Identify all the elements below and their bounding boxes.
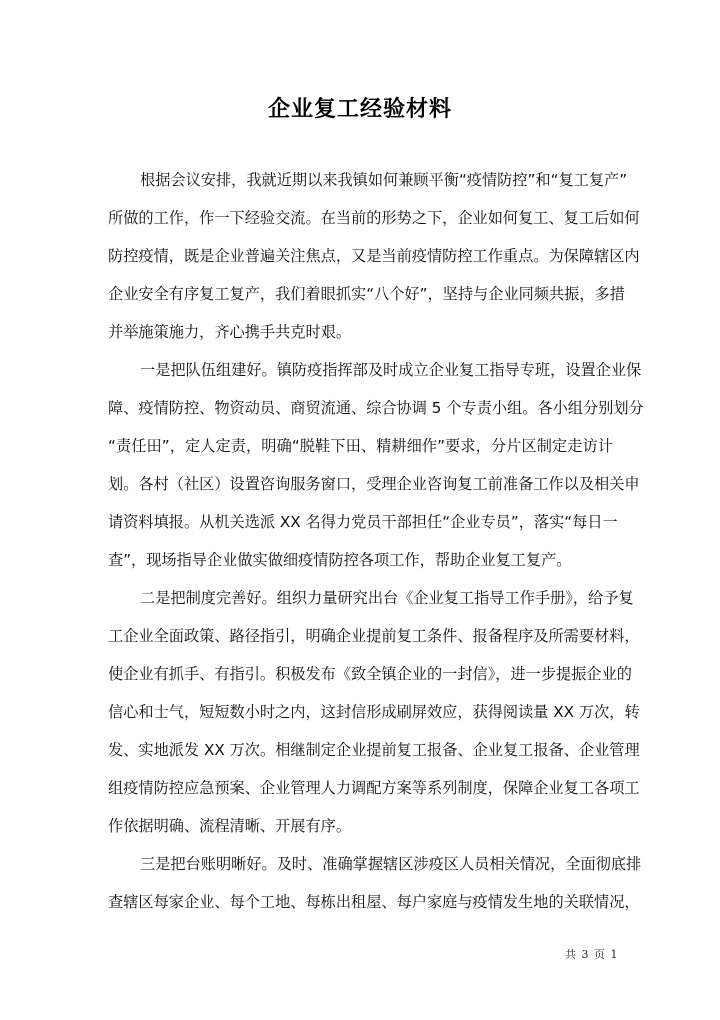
text-line: 划。各村（社区）设置咨询服务窗口，受理企业咨询复工前准备工作以及相关申 — [108, 471, 613, 509]
text-line: 作依据明确、流程清晰、开展有序。 — [108, 813, 613, 851]
text-line: 二是把制度完善好。组织力量研究出台《企业复工指导工作手册》，给予复 — [108, 585, 613, 623]
paragraph-team: 一是把队伍组建好。镇防疫指挥部及时成立企业复工指导专班，设置企业保 障、疫情防控… — [108, 357, 613, 585]
text-line: 防控疫情，既是企业普遍关注焦点，又是当前疫情防控工作重点。为保障辖区内 — [108, 243, 613, 281]
paragraph-intro: 根据会议安排，我就近期以来我镇如何兼顾平衡“疫情防控”和“复工复产” 所做的工作… — [108, 167, 613, 357]
paragraph-ledger: 三是把台账明晰好。及时、准确掌握辖区涉疫区人员相关情况，全面彻底排 查辖区每家企… — [108, 851, 613, 927]
document-body: 根据会议安排，我就近期以来我镇如何兼顾平衡“疫情防控”和“复工复产” 所做的工作… — [108, 167, 613, 927]
text-line: 所做的工作，作一下经验交流。在当前的形势之下，企业如何复工、复工后如何 — [108, 205, 613, 243]
text-line: 企业安全有序复工复产，我们着眼抓实“八个好”，坚持与企业同频共振，多措 — [108, 281, 613, 319]
text-line: 发、实地派发 XX 万次。相继制定企业提前复工报备、企业复工报备、企业管理 — [108, 737, 613, 775]
paragraph-system: 二是把制度完善好。组织力量研究出台《企业复工指导工作手册》，给予复 工企业全面政… — [108, 585, 613, 851]
text-line: “责任田”，定人定责，明确“脱鞋下田、精耕细作”要求，分片区制定走访计 — [108, 433, 613, 471]
text-line: 三是把台账明晰好。及时、准确掌握辖区涉疫区人员相关情况，全面彻底排 — [108, 851, 613, 889]
text-line: 查”，现场指导企业做实做细疫情防控各项工作，帮助企业复工复产。 — [108, 547, 613, 585]
text-line: 组疫情防控应急预案、企业管理人力调配方案等系列制度，保障企业复工各项工 — [108, 775, 613, 813]
text-line: 一是把队伍组建好。镇防疫指挥部及时成立企业复工指导专班，设置企业保 — [108, 357, 613, 395]
text-line: 信心和士气，短短数小时之内，这封信形成刷屏效应，获得阅读量 XX 万次，转 — [108, 699, 613, 737]
text-line: 请资料填报。从机关选派 XX 名得力党员干部担任“企业专员”，落实“每日一 — [108, 509, 613, 547]
text-line: 根据会议安排，我就近期以来我镇如何兼顾平衡“疫情防控”和“复工复产” — [108, 167, 613, 205]
text-line: 并举施策施力，齐心携手共克时艰。 — [108, 319, 613, 357]
page-number-footer: 共 3 页 1 — [565, 946, 619, 962]
text-line: 查辖区每家企业、每个工地、每栋出租屋、每户家庭与疫情发生地的关联情况， — [108, 889, 613, 927]
document-title: 企业复工经验材料 — [0, 92, 720, 123]
text-line: 障、疫情防控、物资动员、商贸流通、综合协调 5 个专责小组。各小组分别划分 — [108, 395, 613, 433]
text-line: 使企业有抓手、有指引。积极发布《致全镇企业的一封信》，进一步提振企业的 — [108, 661, 613, 699]
text-line: 工企业全面政策、路径指引，明确企业提前复工条件、报备程序及所需要材料， — [108, 623, 613, 661]
